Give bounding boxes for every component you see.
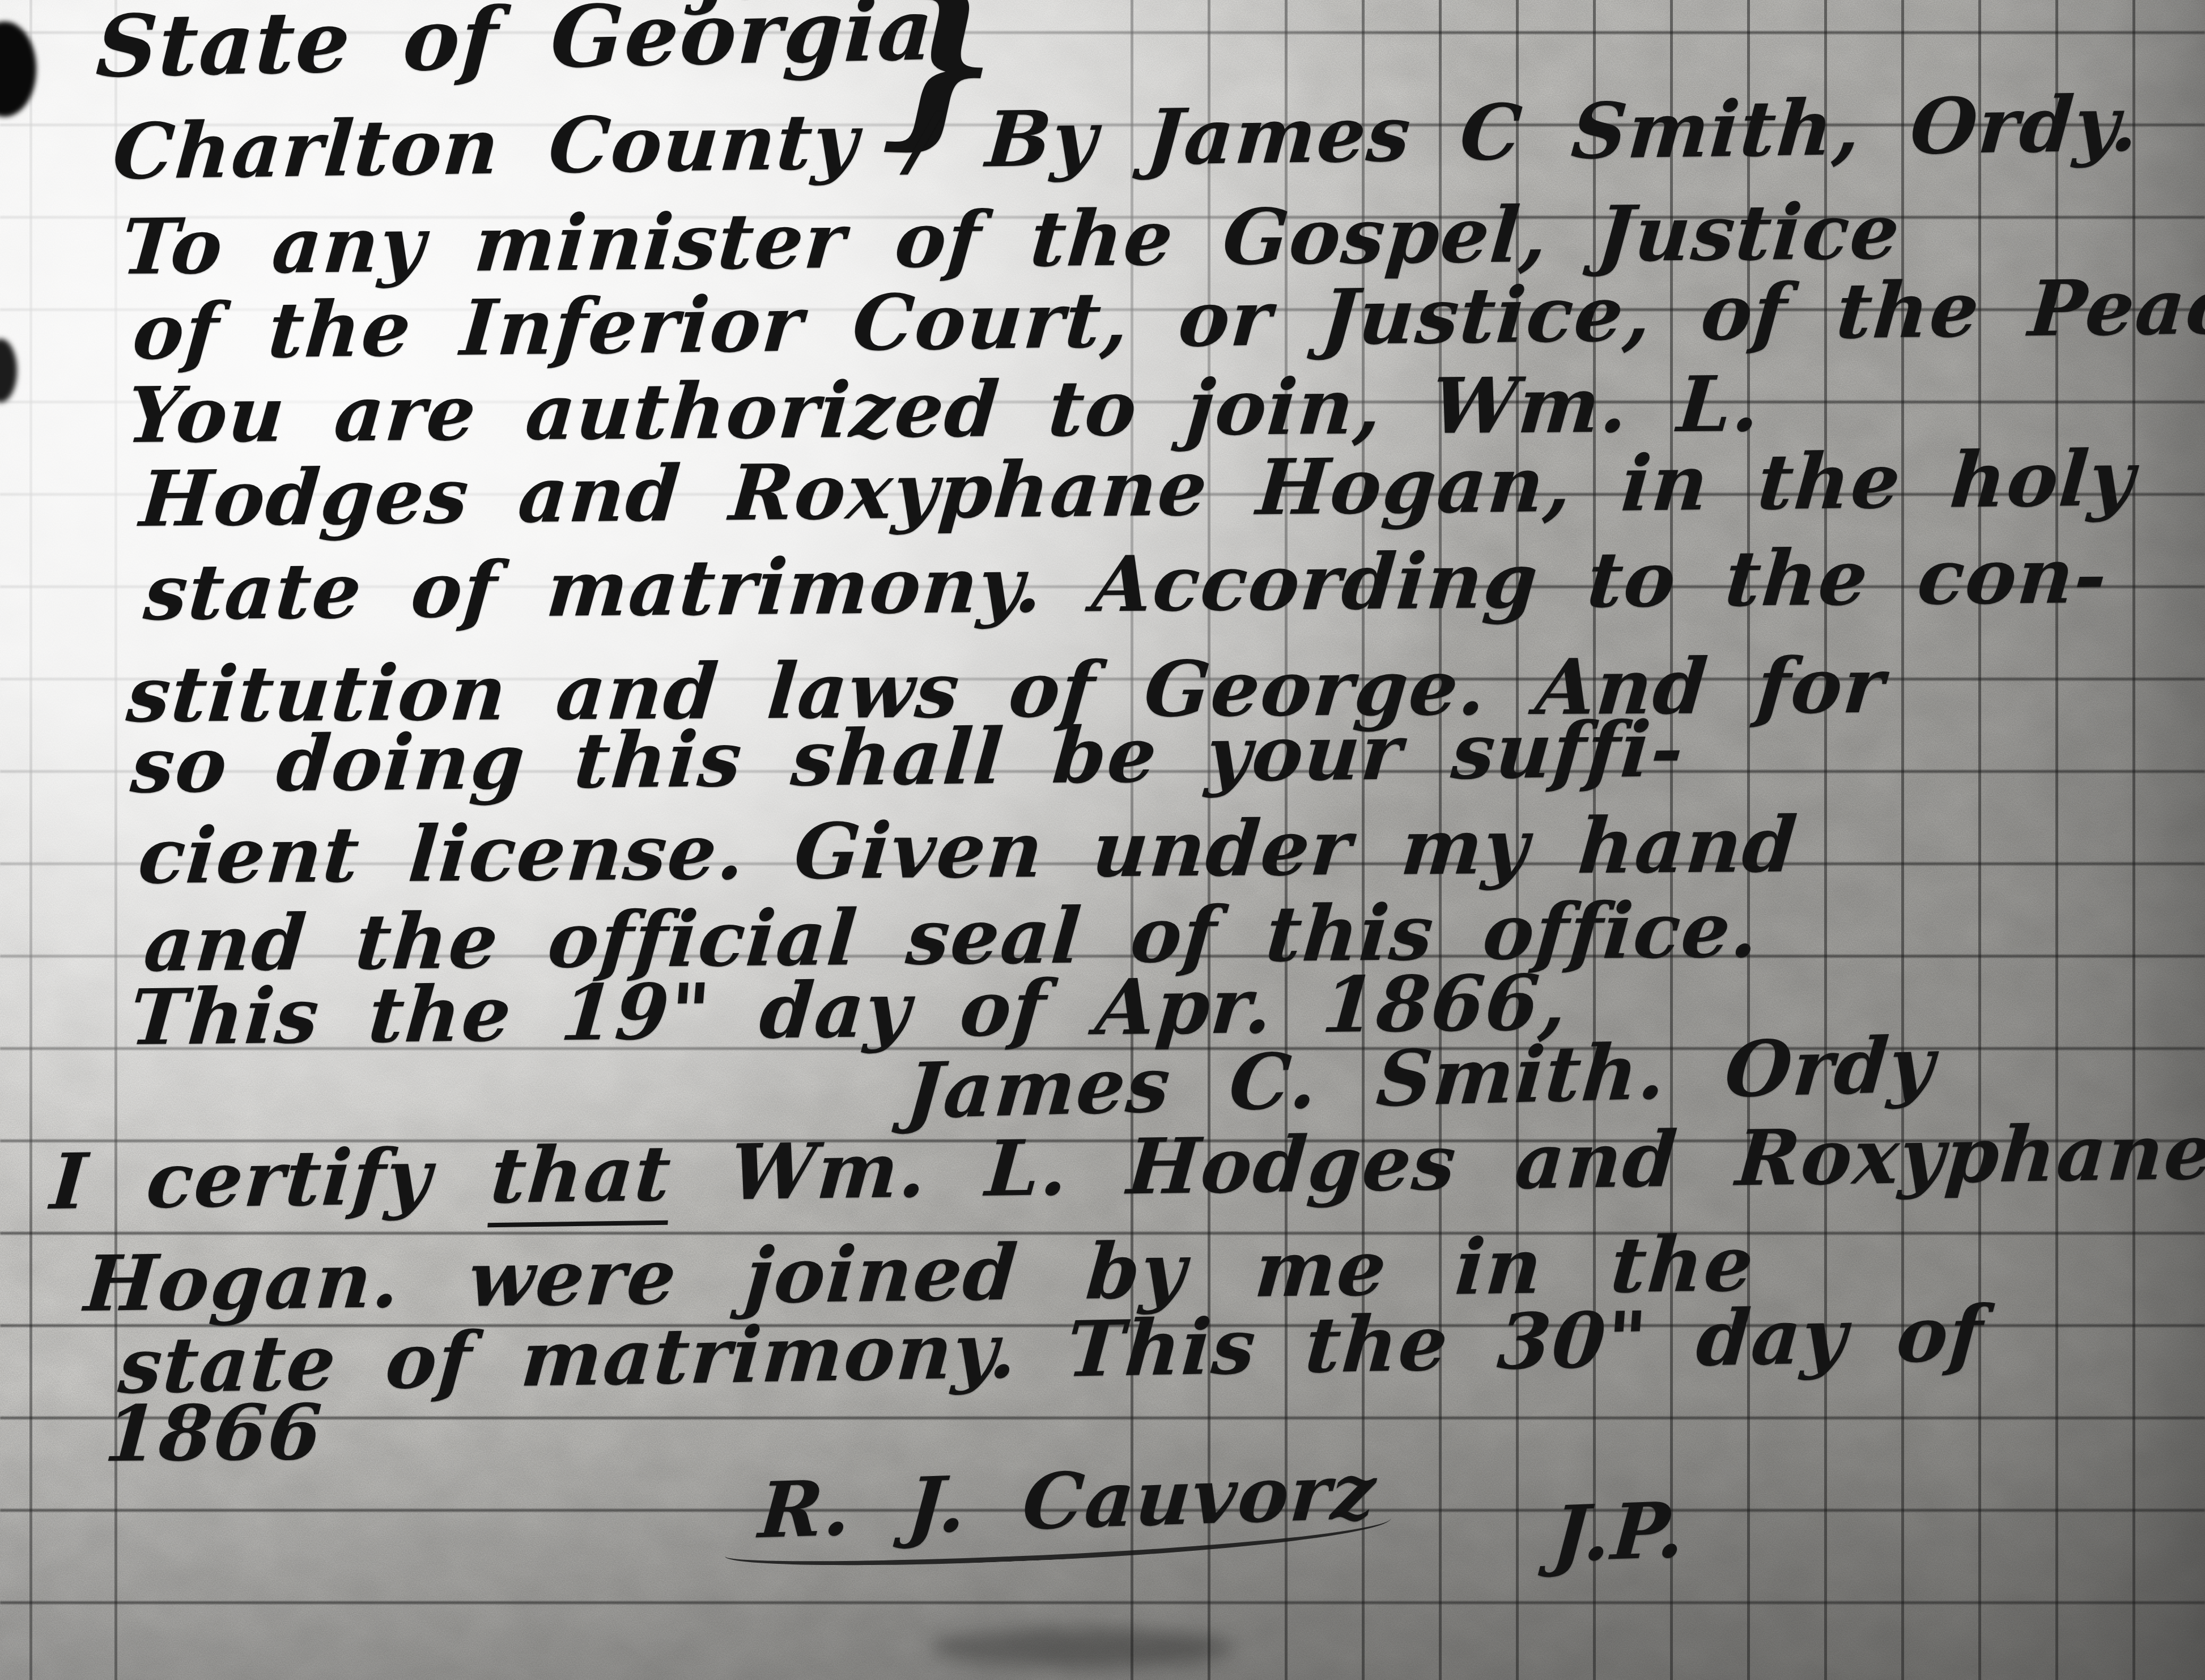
state-heading: State of Georgia [94,0,936,90]
license-body-line-2: Hodges and Roxyphane Hogan, in the holy [138,440,2138,537]
certification-underlined-word: that [487,1128,675,1228]
license-body-line-5: so doing this shall be your suffi- [129,711,1687,803]
certification-year: 1866 [103,1394,325,1472]
license-body-line-3: state of matrimony. According to the con… [142,537,2111,631]
justice-of-peace-signature: R. J. Cauvorz [757,1453,1379,1549]
justice-of-peace-title: J.P. [1550,1491,1688,1573]
left-margin-rule-outer [29,0,32,1680]
scanned-ledger-page: James C Thallespan W. J P State of Georg… [0,0,2205,1680]
license-body-line-6: cient license. Given under my hand [136,806,1801,895]
certification-line-1-start: I certify [48,1130,494,1227]
